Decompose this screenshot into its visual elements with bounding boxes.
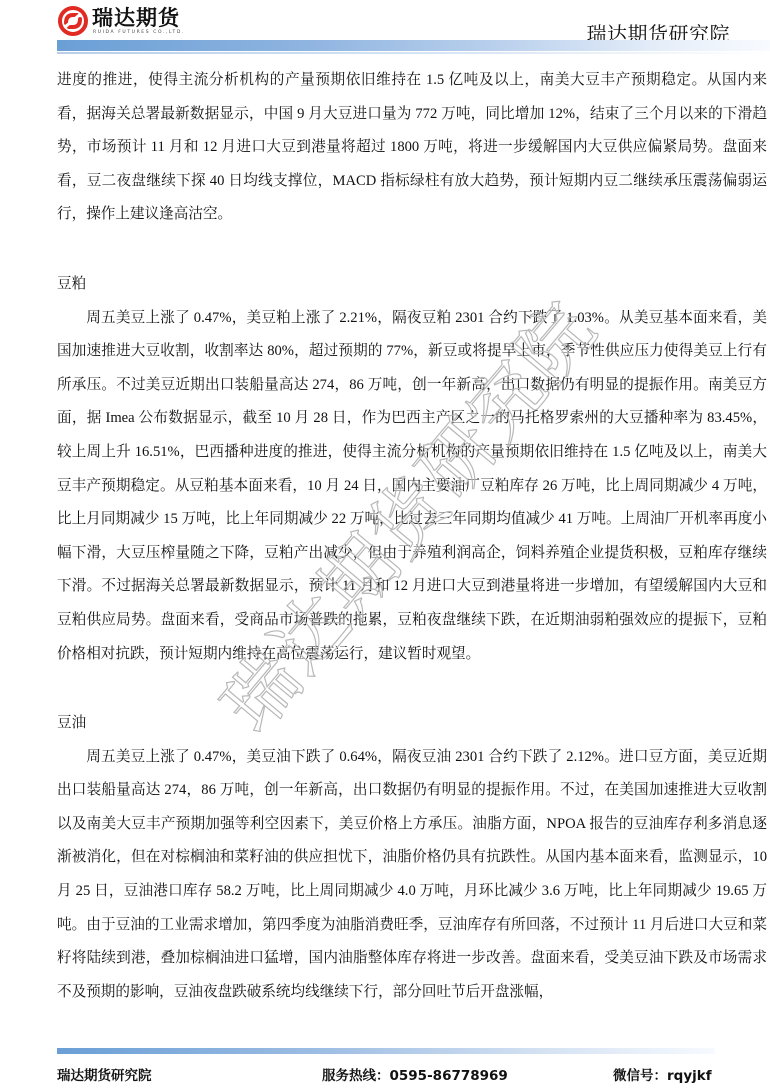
footer-org-name: 瑞达期货研究院 — [57, 1064, 152, 1084]
spacer — [57, 232, 767, 268]
page-header: 瑞达期货 RUIDA FUTURES CO.,LTD. 瑞达期货研究院 — [0, 0, 770, 60]
section-intro-continued: 进度的推进，使得主流分析机构的产量预期依旧维持在 1.5 亿吨及以上，南美大豆丰… — [57, 64, 767, 232]
header-gradient-bar — [57, 40, 770, 51]
section-soyoil: 豆油 周五美豆上涨了 0.47%，美豆油下跌了 0.64%，隔夜豆油 2301 … — [57, 707, 767, 1009]
spacer — [57, 671, 767, 707]
section-soymeal: 豆粕 周五美豆上涨了 0.47%，美豆粕上涨了 2.21%，隔夜豆粕 2301 … — [57, 268, 767, 671]
paragraph: 周五美豆上涨了 0.47%，美豆粕上涨了 2.21%，隔夜豆粕 2301 合约下… — [57, 302, 767, 672]
ruida-logo-icon — [58, 6, 88, 36]
paragraph: 进度的推进，使得主流分析机构的产量预期依旧维持在 1.5 亿吨及以上，南美大豆丰… — [57, 64, 767, 232]
logo-chinese-name: 瑞达期货 — [92, 6, 185, 30]
report-body: 进度的推进，使得主流分析机构的产量预期依旧维持在 1.5 亿吨及以上，南美大豆丰… — [57, 64, 767, 1009]
footer-wechat-id: 微信号：rqyjkf — [613, 1064, 712, 1084]
logo-english-name: RUIDA FUTURES CO.,LTD. — [93, 30, 185, 36]
footer-gradient-bar — [57, 1048, 715, 1054]
company-logo: 瑞达期货 RUIDA FUTURES CO.,LTD. — [58, 6, 185, 40]
paragraph: 周五美豆上涨了 0.47%，美豆油下跌了 0.64%，隔夜豆油 2301 合约下… — [57, 741, 767, 1010]
page-footer: 瑞达期货研究院 服务热线：0595-86778969 微信号：rqyjkf — [57, 1064, 717, 1084]
header-divider — [57, 52, 770, 54]
section-heading: 豆粕 — [57, 268, 767, 302]
section-heading: 豆油 — [57, 707, 767, 741]
footer-hotline: 服务热线：0595-86778969 — [322, 1064, 508, 1084]
